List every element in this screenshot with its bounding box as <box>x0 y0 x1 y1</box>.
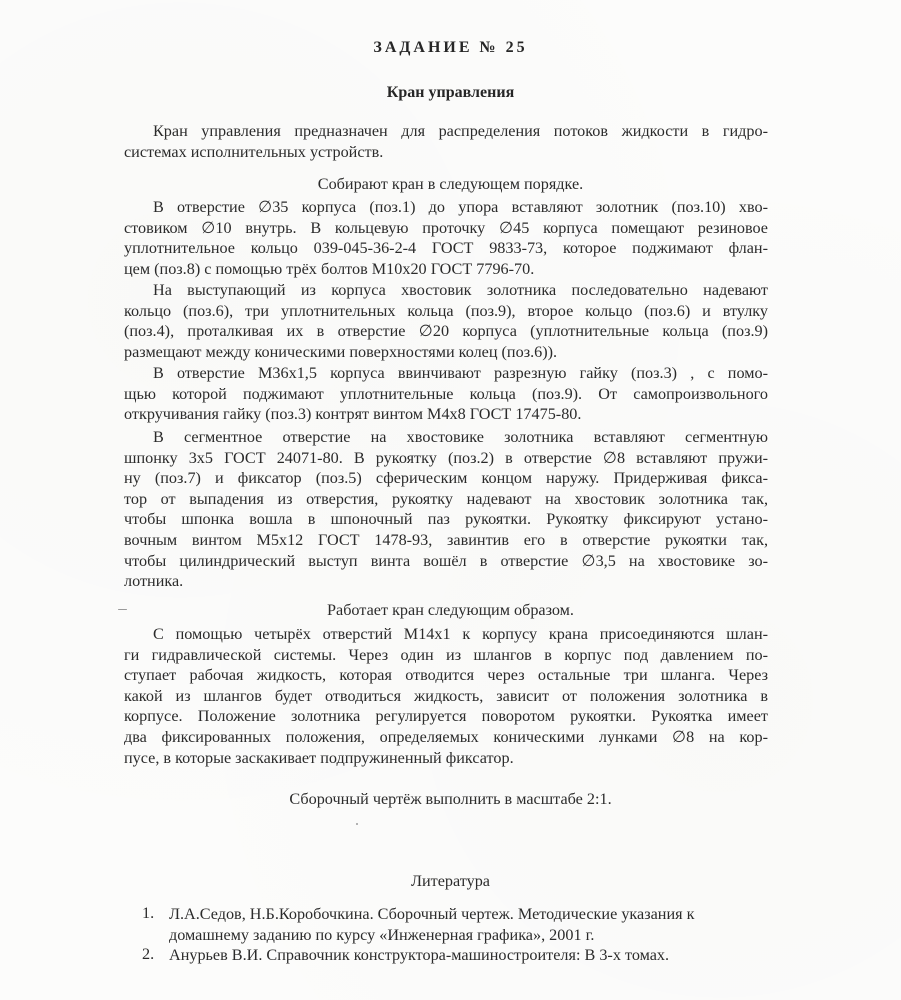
operation-heading: Работает кран следующим образом. <box>0 600 901 620</box>
text-line: Анурьев В.И. Справочник конструктора-маш… <box>169 945 772 966</box>
text-line: системах исполнительных устройств. <box>124 142 768 163</box>
text-line: стовиком ∅10 внутрь. В кольцевую проточк… <box>124 218 768 239</box>
text-line: вочным винтом М5х12 ГОСТ 1478-93, завинт… <box>124 530 768 551</box>
text-line: уплотнительное кольцо 039-045-36-2-4 ГОС… <box>124 238 768 259</box>
text-line: Кран управления предназначен для распред… <box>124 121 768 142</box>
text-line: шпонку 3х5 ГОСТ 24071-80. В рукоятку (по… <box>124 448 768 469</box>
scanned-page: ЗАДАНИЕ № 25 Кран управления Кран управл… <box>0 0 901 1000</box>
literature-item: 2. Анурьев В.И. Справочник конструктора-… <box>142 945 772 966</box>
assembly-paragraph-2: На выступающий из корпуса хвостовик золо… <box>124 280 768 362</box>
text-line: откручивания гайку (поз.3) контрят винто… <box>124 404 768 425</box>
text-line: лотника. <box>124 571 768 592</box>
intro-paragraph: Кран управления предназначен для распред… <box>124 121 768 162</box>
text-line: какой из шлангов будет отводиться жидкос… <box>124 686 768 707</box>
text-line: чтобы цилиндрический выступ винта вошёл … <box>124 551 768 572</box>
text-line: В сегментное отверстие на хвостовике зол… <box>124 427 768 448</box>
literature-heading: Литература <box>0 871 901 891</box>
scale-note: Сборочный чертёж выполнить в масштабе 2:… <box>0 789 901 809</box>
assignment-subtitle: Кран управления <box>0 84 901 102</box>
text-line: тор от выпадения из отверстия, рукоятку … <box>124 489 768 510</box>
text-line: ступает рабочая жидкость, которая отводи… <box>124 665 768 686</box>
literature-list: 1. Л.А.Седов, Н.Б.Коробочкина. Сборочный… <box>142 904 772 966</box>
scan-artifact <box>356 823 358 825</box>
assembly-heading: Собирают кран в следующем порядке. <box>0 174 901 194</box>
text-line: ги гидравлической системы. Через один из… <box>124 645 768 666</box>
text-line: (поз.4), проталкивая их в отверстие ∅20 … <box>124 321 768 342</box>
text-line: цем (поз.8) с помощью трёх болтов М10х20… <box>124 259 768 280</box>
text-line: В отверстие ∅35 корпуса (поз.1) до упора… <box>124 197 768 218</box>
text-line: домашнему заданию по курсу «Инженерная г… <box>169 925 772 946</box>
text-line: размещают между коническими поверхностям… <box>124 342 768 363</box>
text-line: чтобы шпонка вошла в шпоночный паз рукоя… <box>124 509 768 530</box>
literature-item: 1. Л.А.Седов, Н.Б.Коробочкина. Сборочный… <box>142 904 772 945</box>
assignment-title: ЗАДАНИЕ № 25 <box>0 39 901 57</box>
assembly-paragraph-1: В отверстие ∅35 корпуса (поз.1) до упора… <box>124 197 768 279</box>
text-line: два фиксированных положения, определяемы… <box>124 727 768 748</box>
text-line: пусе, в которые заскакивает подпружиненн… <box>124 748 768 769</box>
text-line: корпусе. Положение золотника регулируетс… <box>124 706 768 727</box>
text-line: ну (поз.7) и фиксатор (поз.5) сферически… <box>124 468 768 489</box>
assembly-paragraph-3: В отверстие М36х1,5 корпуса ввинчивают р… <box>124 363 768 425</box>
assembly-paragraph-4: В сегментное отверстие на хвостовике зол… <box>124 427 768 592</box>
scan-artifact <box>118 609 127 610</box>
text-line: В отверстие М36х1,5 корпуса ввинчивают р… <box>124 363 768 384</box>
literature-item-number: 2. <box>142 945 154 964</box>
literature-item-number: 1. <box>142 904 154 923</box>
text-line: С помощью четырёх отверстий М14х1 к корп… <box>124 624 768 645</box>
operation-paragraph: С помощью четырёх отверстий М14х1 к корп… <box>124 624 768 768</box>
text-line: Л.А.Седов, Н.Б.Коробочкина. Сборочный че… <box>169 904 772 925</box>
text-line: щью которой поджимают уплотнительные кол… <box>124 384 768 405</box>
text-line: На выступающий из корпуса хвостовик золо… <box>124 280 768 301</box>
text-line: кольцо (поз.6), три уплотнительных кольц… <box>124 301 768 322</box>
